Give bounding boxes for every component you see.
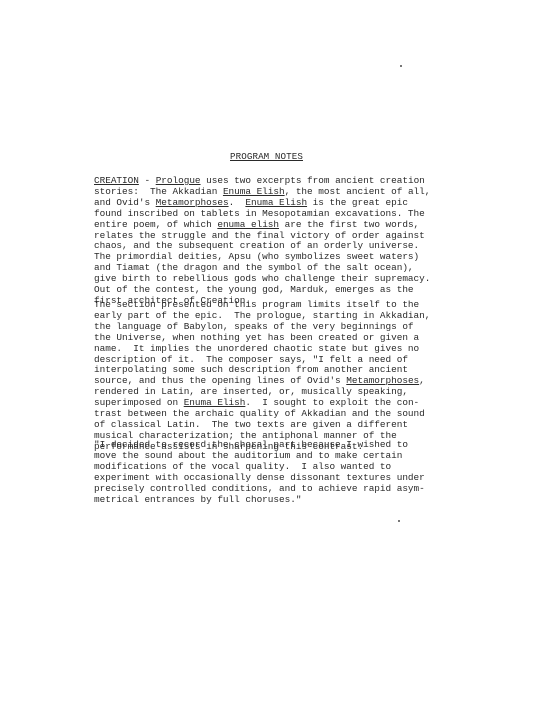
text-run: trast between the archaic quality of Akk… <box>94 408 425 419</box>
text-run: experiment with occasionally dense disso… <box>94 472 425 483</box>
underlined-title: Metamorphoses <box>156 197 229 208</box>
text-run: superimposed on <box>94 397 184 408</box>
underlined-title: enuma elish <box>217 219 279 230</box>
paragraph-creation-intro: CREATION - Prologue uses two excerpts fr… <box>94 176 533 307</box>
text-line: metrical entrances by full choruses." <box>94 495 533 506</box>
document-page: PROGRAM NOTES CREATION - Prologue uses t… <box>0 0 533 726</box>
text-run: uses two excerpts from ancient creation <box>201 175 425 186</box>
text-run: Out of the contest, the young god, Mardu… <box>94 284 414 295</box>
text-run: . I sought to exploit the con- <box>245 397 419 408</box>
text-run: precisely controlled conditions, and to … <box>94 483 425 494</box>
text-run: source, and thus the opening lines of Ov… <box>94 375 346 386</box>
underlined-title: Enuma Elish <box>184 397 246 408</box>
text-run: and Ovid's <box>94 197 156 208</box>
text-run: is the great epic <box>307 197 408 208</box>
text-run: are the first two words, <box>279 219 419 230</box>
text-run: . <box>229 197 246 208</box>
text-run: early part of the epic. The prologue, st… <box>94 310 430 321</box>
text-run: - <box>139 175 156 186</box>
text-run: modifications of the vocal quality. I al… <box>94 461 391 472</box>
text-run: stories: The Akkadian <box>94 186 223 197</box>
text-run: of classical Latin. The two texts are gi… <box>94 419 408 430</box>
text-run: description of it. The composer says, "I… <box>94 354 408 365</box>
underlined-title: Prologue <box>156 175 201 186</box>
text-run: move the sound about the auditorium and … <box>94 450 402 461</box>
text-run: chaos, and the subsequent creation of an… <box>94 240 419 251</box>
text-run: the Universe, when nothing yet has been … <box>94 332 419 343</box>
underlined-title: Metamorphoses <box>346 375 419 386</box>
text-run: found inscribed on tablets in Mesopotami… <box>94 208 425 219</box>
text-run: entire poem, of which <box>94 219 217 230</box>
text-run: and Tiamat (the dragon and the symbol of… <box>94 262 414 273</box>
page-title: PROGRAM NOTES <box>0 151 533 162</box>
text-run: relates the struggle and the final victo… <box>94 230 425 241</box>
paper-speck <box>400 65 402 67</box>
paper-speck <box>398 520 400 522</box>
text-run: metrical entrances by full choruses." <box>94 494 301 505</box>
paragraph-composer-quote: "I decided to record the choral part bec… <box>94 440 533 505</box>
underlined-title: CREATION <box>94 175 139 186</box>
text-run: the language of Babylon, speaks of the v… <box>94 321 414 332</box>
underlined-title: Enuma Elish <box>245 197 307 208</box>
text-run: rendered in Latin, are inserted, or, mus… <box>94 386 408 397</box>
text-run: interpolating some such description from… <box>94 364 408 375</box>
paragraph-section-description: The section presented on this program li… <box>94 300 533 453</box>
text-run: name. It implies the unordered chaotic s… <box>94 343 419 354</box>
text-run: , the most ancient of all, <box>285 186 431 197</box>
underlined-title: Enuma Elish <box>223 186 285 197</box>
text-run: "I decided to record the choral part bec… <box>94 439 408 450</box>
text-run: The primordial deities, Apsu (who symbol… <box>94 251 419 262</box>
text-run: , <box>419 375 425 386</box>
text-run: give birth to rebellious gods who challe… <box>94 273 430 284</box>
text-run: The section presented on this program li… <box>94 299 419 310</box>
